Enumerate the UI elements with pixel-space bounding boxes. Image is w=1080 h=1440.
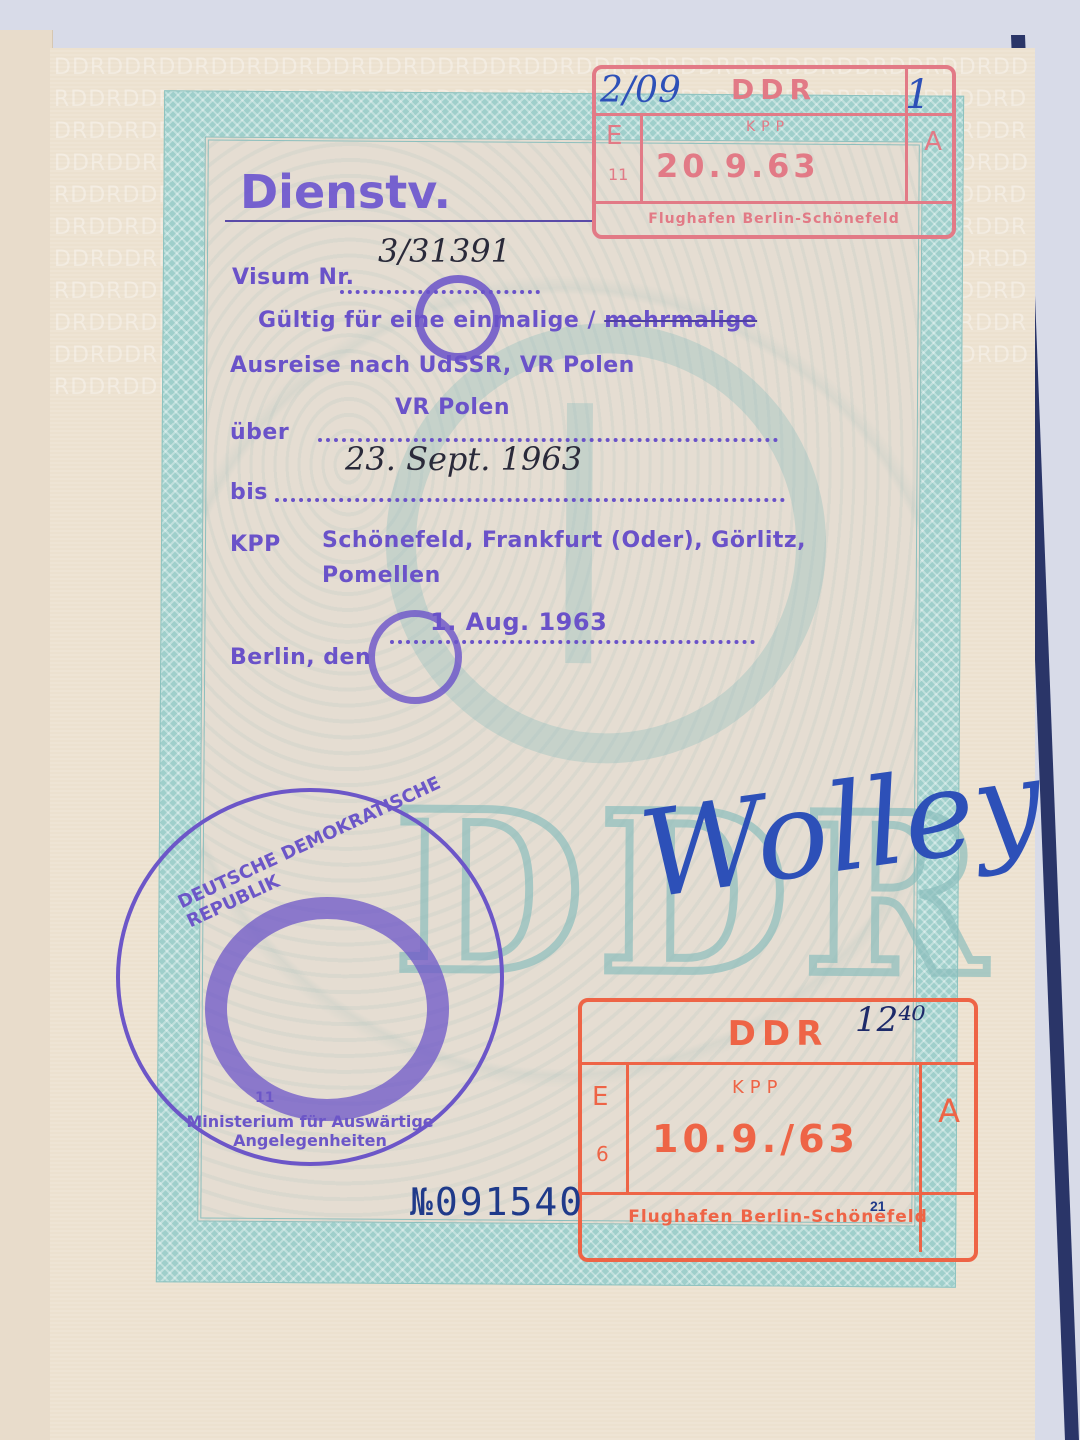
- validity-multiple-struck: mehrmalige: [604, 308, 757, 333]
- stamp-type-letter: E: [592, 1082, 608, 1112]
- stamp-rule: [582, 1062, 974, 1065]
- stamp-rule: [640, 113, 643, 201]
- page-number: 21: [870, 1198, 886, 1214]
- stamp-type-letter: E: [606, 121, 622, 151]
- stamp-kpp: KPP: [746, 119, 790, 135]
- stamp-rule: [596, 113, 952, 116]
- kpp-crossings-line2: Pomellen: [322, 563, 441, 588]
- validity-single: einmalige: [453, 308, 579, 333]
- handwritten-time-note: 12⁴⁰: [855, 1000, 926, 1040]
- exit-line: Ausreise nach UdSSR, VR Polen: [230, 353, 635, 378]
- validity-line: Gültig für eine einmalige / mehrmalige: [258, 308, 757, 333]
- handwritten-mark-top: 1: [905, 72, 930, 118]
- stamp-direction: A: [924, 127, 942, 157]
- stamp-location: Flughafen Berlin-Schönefeld: [596, 211, 952, 227]
- handwritten-note-top: 2/09: [600, 70, 681, 111]
- issued-label: Berlin, den: [230, 645, 371, 670]
- seal-number: 11: [255, 1090, 274, 1106]
- via-label: über: [230, 420, 289, 445]
- serial-digits: 091540: [435, 1180, 584, 1224]
- stamp-kpp: KPP: [732, 1077, 784, 1098]
- stamp-type-number: 11: [608, 165, 628, 184]
- validity-separator: /: [588, 308, 597, 333]
- kpp-crossings-line1: Schönefeld, Frankfurt (Oder), Görlitz,: [322, 528, 806, 553]
- stamp-direction: A: [938, 1092, 960, 1130]
- exit-label: Ausreise nach: [230, 353, 410, 378]
- until-dotted-line: [275, 498, 785, 502]
- stamp-rule: [626, 1062, 629, 1192]
- stamp-rule: [596, 201, 952, 204]
- stamp-location: Flughafen Berlin-Schönefeld: [582, 1207, 974, 1227]
- visum-label: Visum Nr.: [232, 265, 355, 290]
- validity-prefix: Gültig für eine: [258, 308, 445, 333]
- exit-destinations: UdSSR, VR Polen: [419, 353, 635, 378]
- until-date: 23. Sept. 1963: [345, 440, 582, 478]
- stamp-date: 10.9./63: [652, 1117, 859, 1161]
- left-page-edge: [0, 30, 53, 1440]
- stamp-type-number: 6: [596, 1142, 609, 1166]
- issued-date: 1. Aug. 1963: [430, 608, 607, 636]
- visa-serial-number: №091540: [410, 1180, 584, 1224]
- ministry-round-seal: DEUTSCHE DEMOKRATISCHE REPUBLIK 11 Minis…: [116, 788, 504, 1166]
- service-visa-stamp: Dienstv.: [240, 165, 451, 219]
- stamp-date: 20.9.63: [656, 147, 820, 185]
- exit-destination-extra: VR Polen: [395, 395, 510, 420]
- gdr-emblem-icon: [205, 897, 449, 1121]
- header-underline: [225, 220, 595, 222]
- issue-date-ink-ring: [368, 610, 462, 704]
- kpp-label: KPP: [230, 532, 281, 557]
- visum-number: 3/31391: [378, 232, 511, 270]
- serial-prefix: №: [410, 1180, 435, 1224]
- until-label: bis: [230, 480, 268, 505]
- stamp-rule: [582, 1192, 974, 1195]
- seal-bottom-text: Ministerium für Auswärtige Angelegenheit…: [160, 1112, 460, 1150]
